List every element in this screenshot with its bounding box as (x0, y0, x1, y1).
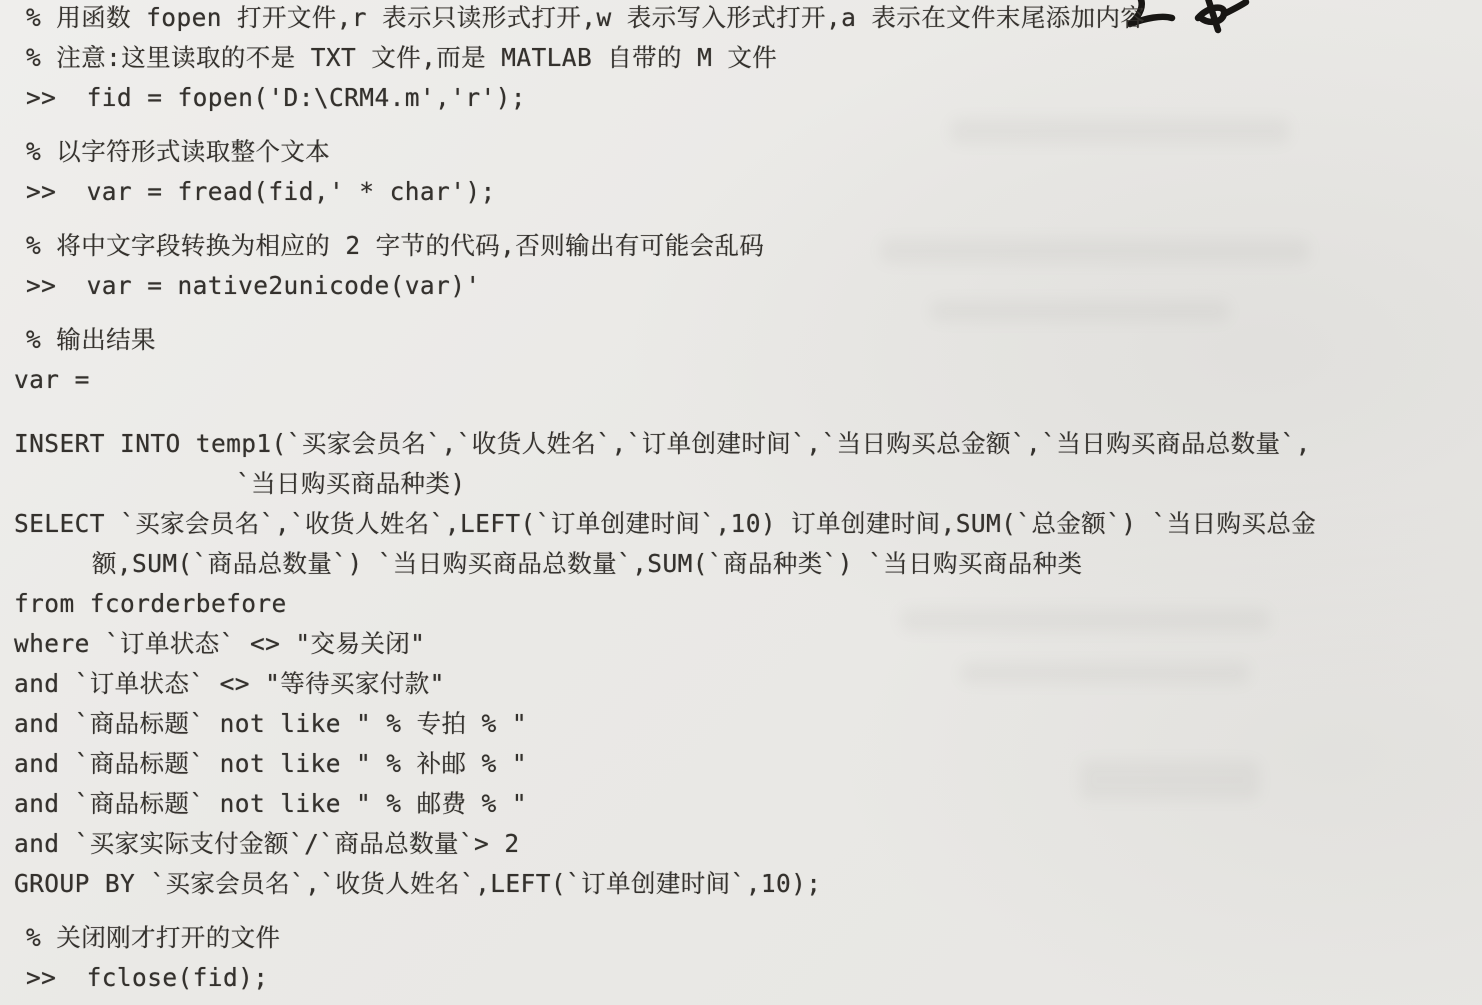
code-line: var = (0, 360, 1482, 400)
code-line: % 输出结果 (0, 320, 1482, 360)
code-line: % 关闭刚才打开的文件 (0, 918, 1482, 958)
code-line: where `订单状态` <> "交易关闭" (0, 624, 1482, 664)
code-line: >> var = native2unicode(var)' (0, 266, 1482, 306)
scanned-document-page: % 用函数 fopen 打开文件,r 表示只读形式打开,w 表示写入形式打开,a… (0, 0, 1482, 1005)
code-line: and `商品标题` not like " % 邮费 % " (0, 784, 1482, 824)
code-line: >> fid = fopen('D:\CRM4.m','r'); (0, 78, 1482, 118)
code-line: INSERT INTO temp1(`买家会员名`,`收货人姓名`,`订单创建时… (0, 424, 1482, 464)
code-line: % 注意:这里读取的不是 TXT 文件,而是 MATLAB 自带的 M 文件 (0, 38, 1482, 78)
code-line: and `商品标题` not like " % 专拍 % " (0, 704, 1482, 744)
code-line: >> fclose(fid); (0, 958, 1482, 998)
code-line: % 以字符形式读取整个文本 (0, 132, 1482, 172)
code-line: SELECT `买家会员名`,`收货人姓名`,LEFT(`订单创建时间`,10)… (0, 504, 1482, 544)
code-line: `当日购买商品种类) (0, 464, 1482, 504)
code-line: and `商品标题` not like " % 补邮 % " (0, 744, 1482, 784)
code-line: % 将中文字段转换为相应的 2 字节的代码,否则输出有可能会乱码 (0, 226, 1482, 266)
code-lines: % 用函数 fopen 打开文件,r 表示只读形式打开,w 表示写入形式打开,a… (0, 0, 1482, 998)
code-line: % 用函数 fopen 打开文件,r 表示只读形式打开,w 表示写入形式打开,a… (0, 0, 1482, 38)
code-line: 额,SUM(`商品总数量`) `当日购买商品总数量`,SUM(`商品种类`) `… (0, 544, 1482, 584)
code-line: from fcorderbefore (0, 584, 1482, 624)
code-line: GROUP BY `买家会员名`,`收货人姓名`,LEFT(`订单创建时间`,1… (0, 864, 1482, 904)
code-line: >> var = fread(fid,' * char'); (0, 172, 1482, 212)
code-line: and `订单状态` <> "等待买家付款" (0, 664, 1482, 704)
code-line: and `买家实际支付金额`/`商品总数量`> 2 (0, 824, 1482, 864)
